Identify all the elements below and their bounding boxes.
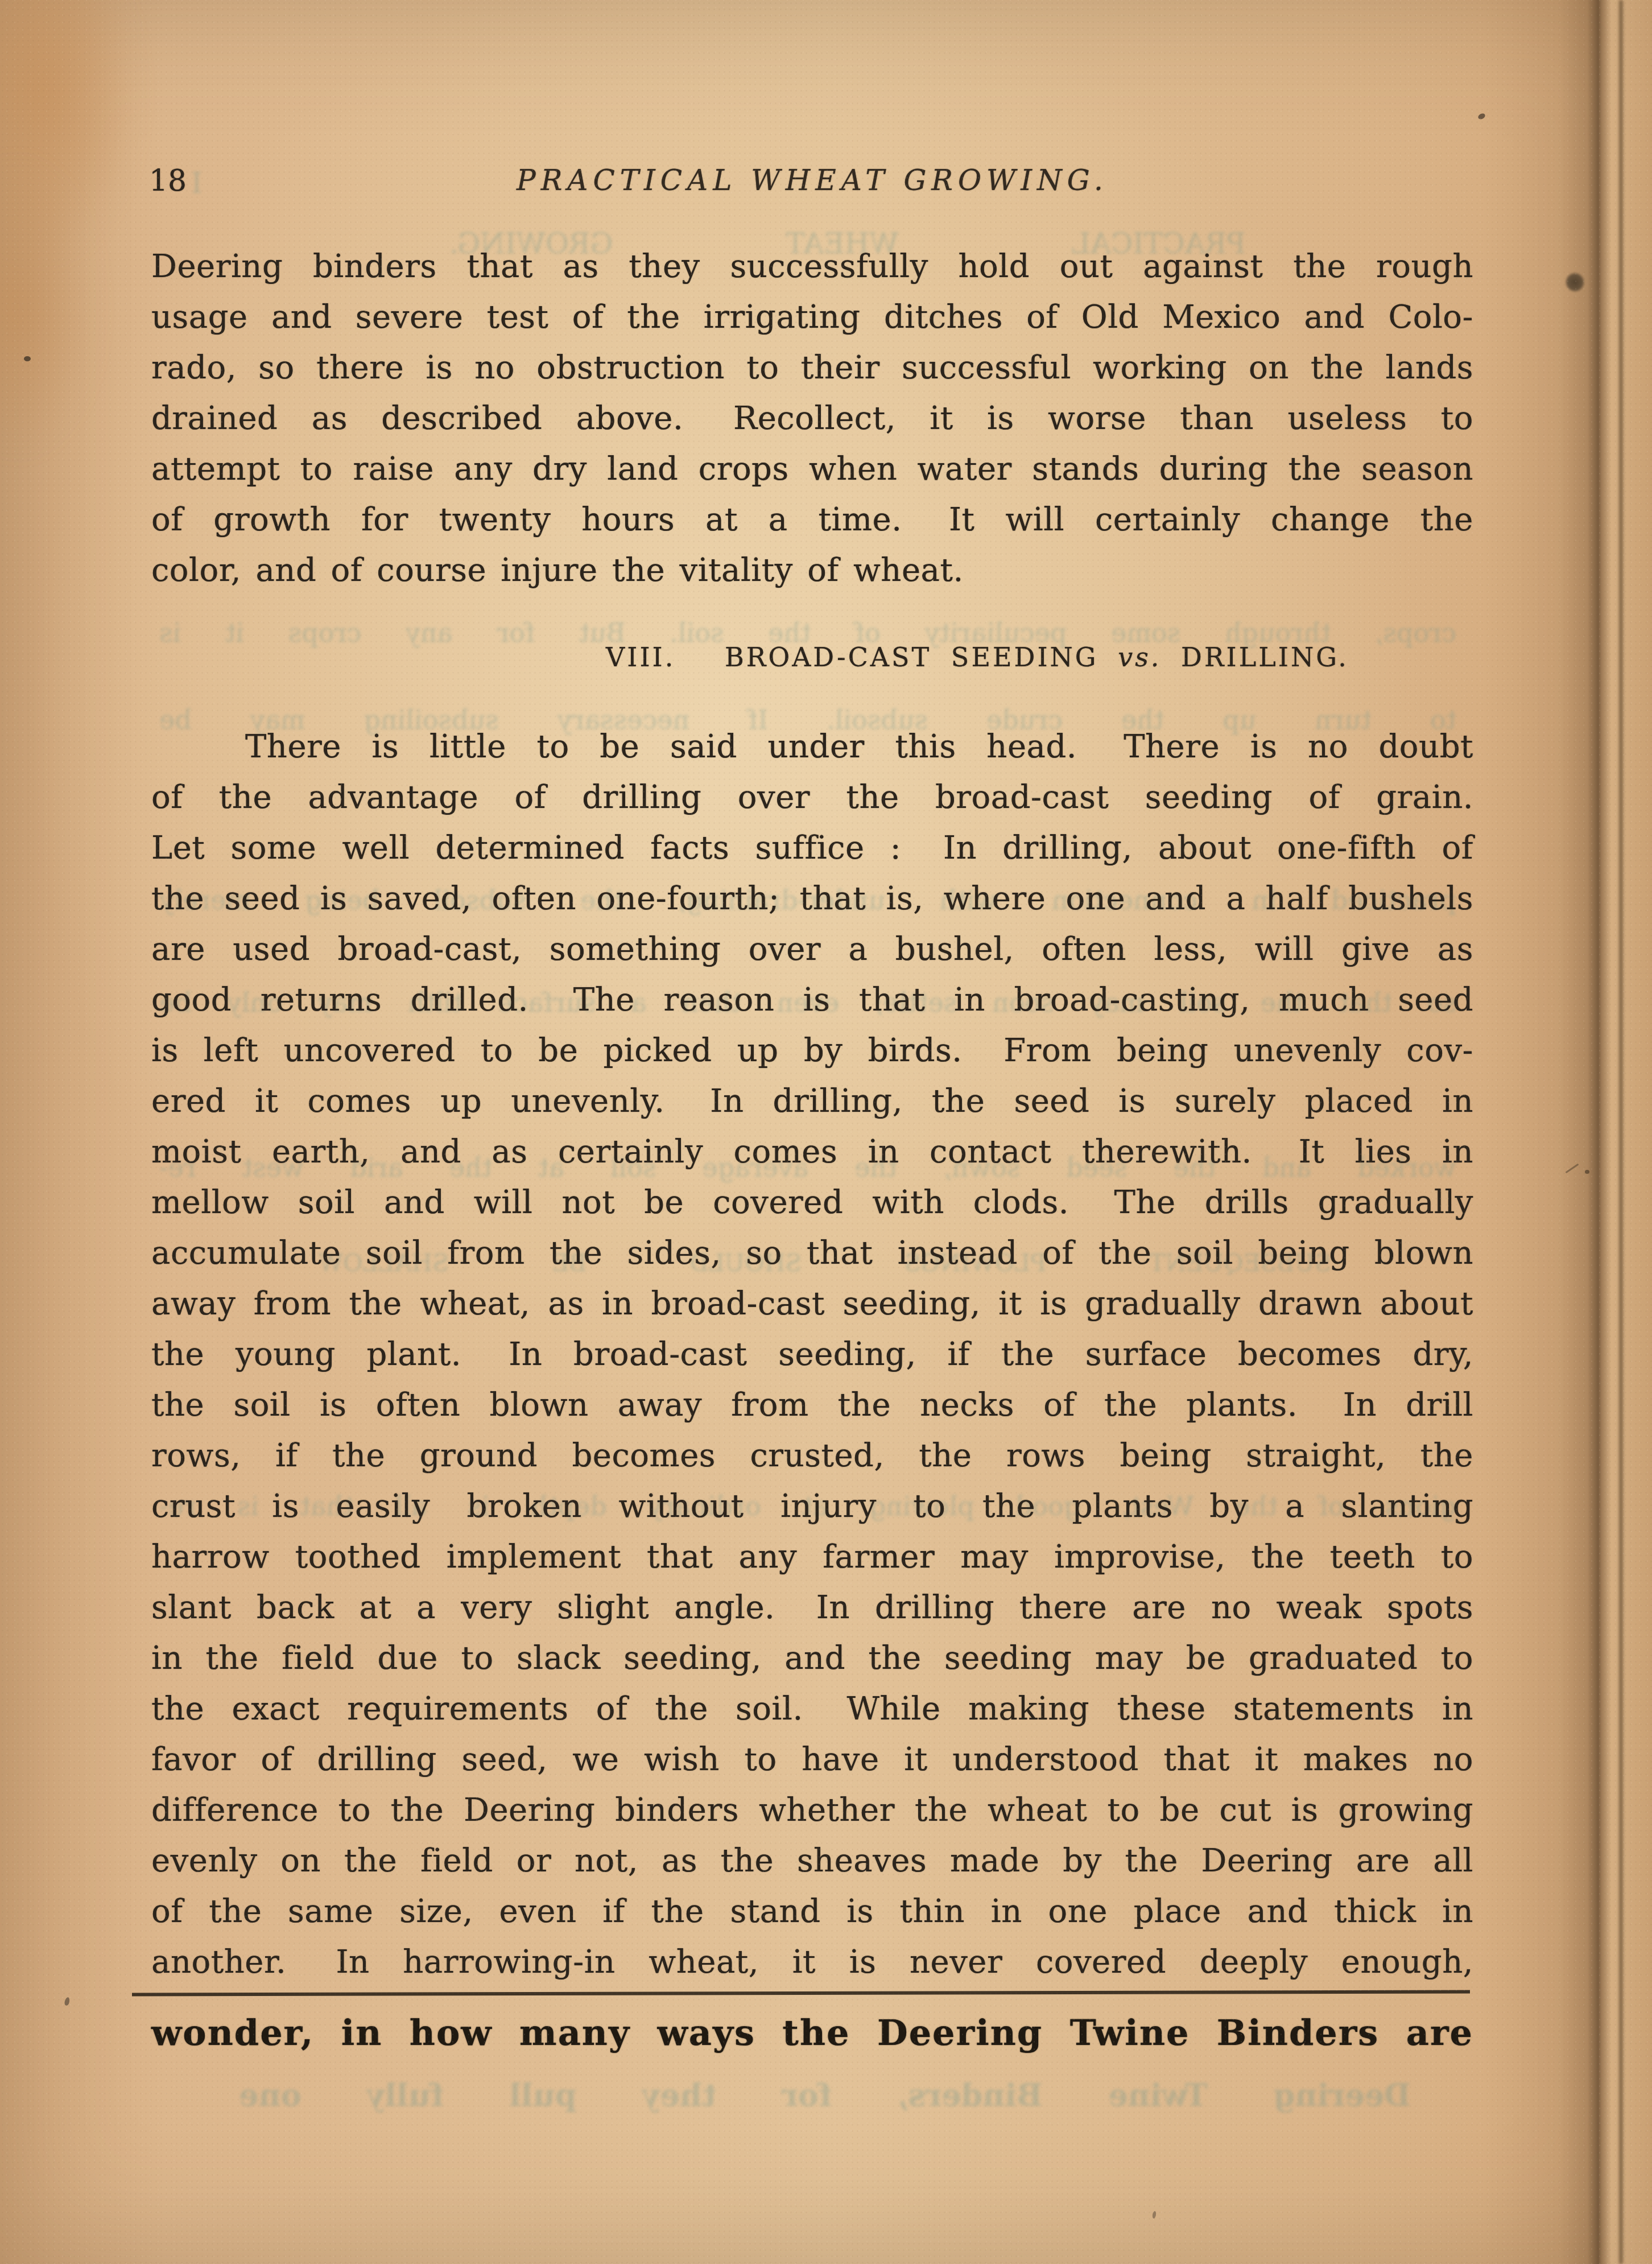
ink-speck [64, 1997, 70, 2006]
book-gutter-shadow [1481, 0, 1652, 2264]
text-line: color, and of course injure the vitality… [151, 545, 1473, 596]
running-title: PRACTICAL WHEAT GROWING. [151, 164, 1473, 204]
section-title-part: DRILLING. [1181, 642, 1349, 673]
text-line: the soil is often blown away from the ne… [151, 1380, 1473, 1430]
section-vs: vs. [1118, 642, 1161, 673]
text-line: moist earth, and as certainly comes in c… [151, 1127, 1473, 1177]
paragraph-broadcast-vs-drilling: There is little to be said under this he… [151, 721, 1473, 1987]
footer-slogan: wonder, in how many ways the Deering Twi… [151, 2012, 1473, 2053]
text-line: the seed is saved, often one-fourth; tha… [151, 873, 1473, 924]
bleed-through-text: Deering Twine Binders, for they pull ful… [239, 2077, 1411, 2114]
text-line: rows, if the ground becomes crusted, the… [151, 1430, 1473, 1481]
text-line: crust is easily broken without injury to… [151, 1481, 1473, 1532]
text-line: difference to the Deering binders whethe… [151, 1785, 1473, 1836]
text-line: ered it comes up unevenly. In drilling, … [151, 1076, 1473, 1127]
text-line: are used broad-cast, something over a bu… [151, 924, 1473, 975]
ink-speck [1477, 112, 1486, 120]
footer-divider-rule [132, 1990, 1470, 1997]
text-line: rado, so there is no obstruction to thei… [151, 343, 1473, 393]
section-title-part: BROAD-CAST SEEDING [725, 642, 1098, 673]
pen-slash-mark [1565, 1164, 1579, 1174]
text-line: the exact requirements of the soil. Whil… [151, 1684, 1473, 1734]
text-line: of the same size, even if the stand is t… [151, 1886, 1473, 1937]
text-line: usage and severe test of the irrigating … [151, 292, 1473, 343]
text-line: good returns drilled. The reason is that… [151, 975, 1473, 1025]
text-line: of the advantage of drilling over the br… [151, 772, 1473, 823]
ink-speck [1585, 1170, 1589, 1174]
text-line: harrow toothed implement that any farmer… [151, 1532, 1473, 1582]
ink-speck [1152, 2211, 1157, 2219]
text-line: another. In harrowing-in wheat, it is ne… [151, 1937, 1473, 1987]
text-line: attempt to raise any dry land crops when… [151, 444, 1473, 494]
book-gutter-line [1619, 0, 1623, 2264]
section-heading: VIII. BROAD-CAST SEEDING vs. DRILLING. [151, 642, 1652, 673]
section-numeral: VIII. [606, 642, 675, 673]
water-stain [0, 159, 97, 455]
text-line: evenly on the field or not, as the sheav… [151, 1836, 1473, 1886]
ink-blot [1560, 269, 1589, 301]
text-line: of growth for twenty hours at a time. It… [151, 494, 1473, 545]
text-line: slant back at a very slight angle. In dr… [151, 1582, 1473, 1633]
scanned-book-page: PRACTICAL WHEAT GROWING.Icrops, through … [0, 0, 1652, 2264]
text-line: Let some well determined facts suffice :… [151, 823, 1473, 873]
text-line: the young plant. In broad-cast seeding, … [151, 1329, 1473, 1380]
text-line: accumulate soil from the sides, so that … [151, 1228, 1473, 1279]
text-line: favor of drilling seed, we wish to have … [151, 1734, 1473, 1785]
paragraph-drainage-continued: Deering binders that as they successfull… [151, 241, 1473, 596]
text-line: There is little to be said under this he… [151, 721, 1473, 772]
text-line: mellow soil and will not be covered with… [151, 1177, 1473, 1228]
text-line: away from the wheat, as in broad-cast se… [151, 1279, 1473, 1329]
text-line: in the field due to slack seeding, and t… [151, 1633, 1473, 1684]
text-line: is left uncovered to be picked up by bir… [151, 1025, 1473, 1076]
water-stain [0, 0, 137, 262]
ink-speck [24, 356, 31, 361]
text-line: drained as described above. Recollect, i… [151, 393, 1473, 444]
text-line: Deering binders that as they successfull… [151, 241, 1473, 292]
